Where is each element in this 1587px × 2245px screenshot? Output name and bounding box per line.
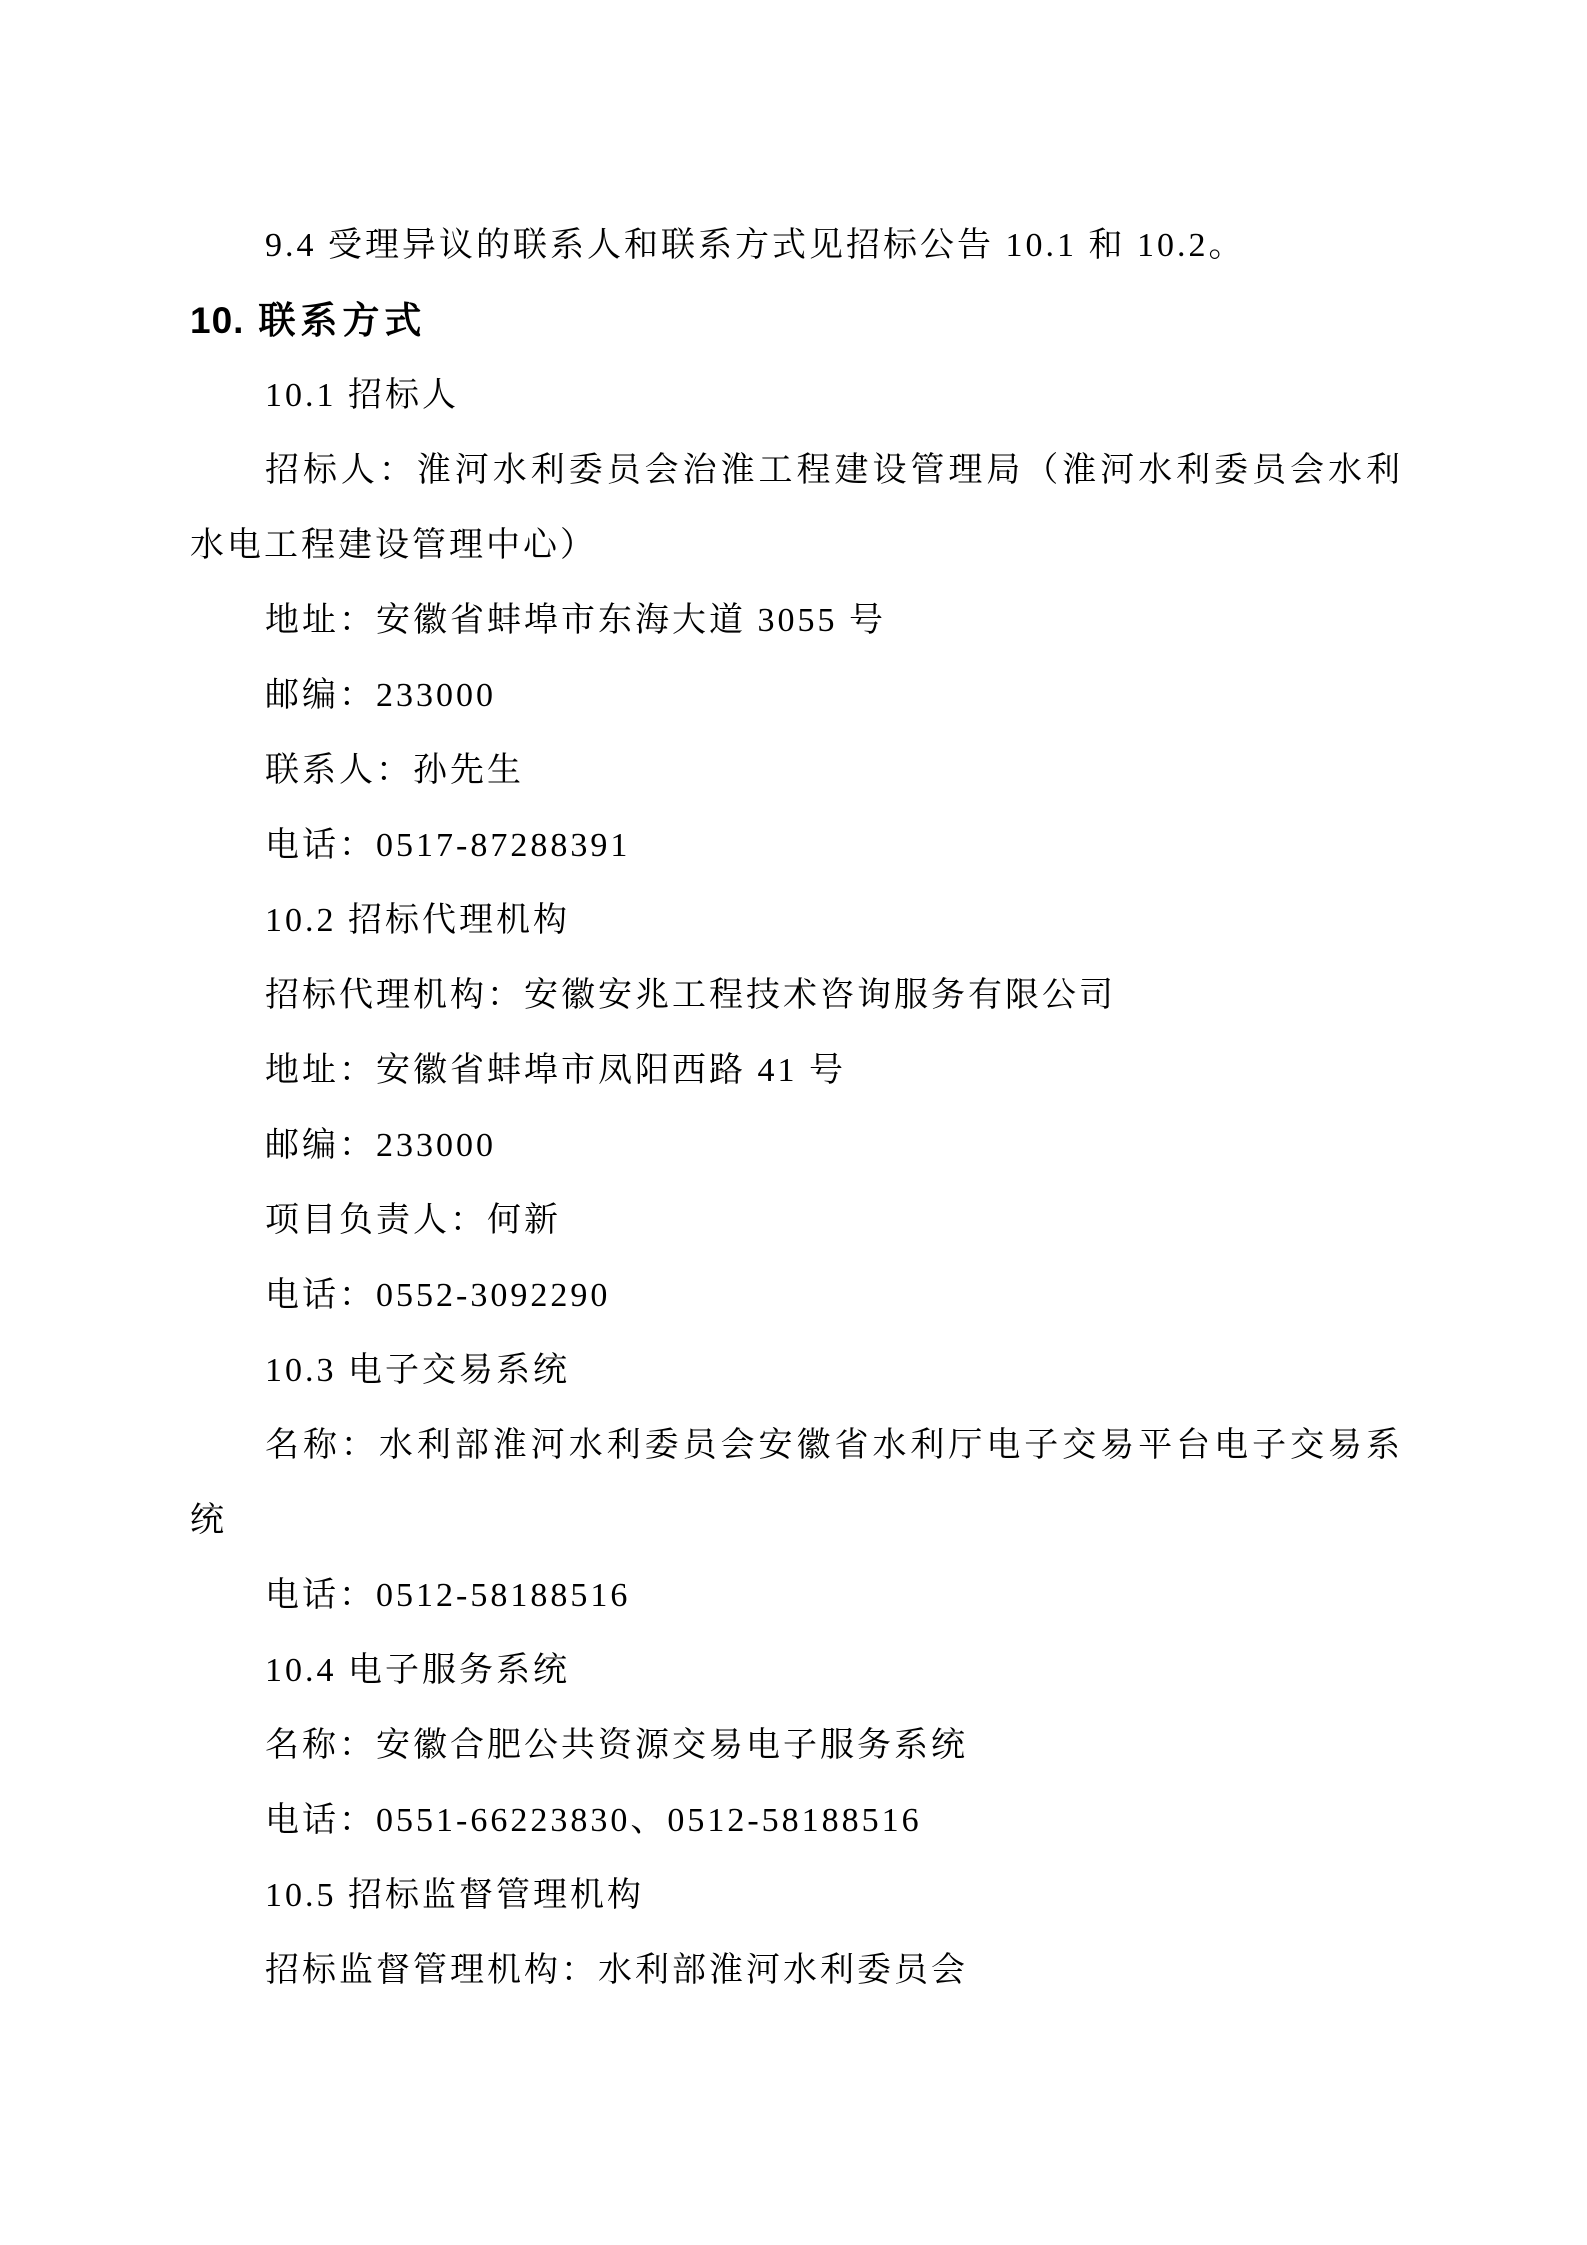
section-10-heading: 10.联系方式	[190, 283, 1403, 358]
line-10-4-service-system: 10.4 电子服务系统	[265, 1633, 1403, 1708]
line-trading-system-name-cont: 统	[190, 1483, 1403, 1558]
line-bidder-address: 地址：安徽省蚌埠市东海大道 3055 号	[265, 583, 1403, 658]
line-agency-postcode: 邮编：233000	[265, 1108, 1403, 1183]
document-page: 9.4 受理异议的联系人和联系方式见招标公告 10.1 和 10.2。 10.联…	[0, 0, 1587, 2245]
line-agency-phone: 电话：0552-3092290	[265, 1258, 1403, 1333]
line-supervision-org: 招标监督管理机构：水利部淮河水利委员会	[265, 1933, 1403, 2008]
line-agency-name: 招标代理机构：安徽安兆工程技术咨询服务有限公司	[265, 958, 1403, 1033]
line-10-1-bidder: 10.1 招标人	[265, 358, 1403, 433]
line-trading-system-name: 名称：水利部淮河水利委员会安徽省水利厅电子交易平台电子交易系	[265, 1408, 1403, 1483]
line-bidder-contact-person: 联系人：孙先生	[265, 733, 1403, 808]
line-10-2-agency: 10.2 招标代理机构	[265, 883, 1403, 958]
line-bidder-name: 招标人：淮河水利委员会治淮工程建设管理局（淮河水利委员会水利	[265, 433, 1403, 508]
line-objection-contact: 9.4 受理异议的联系人和联系方式见招标公告 10.1 和 10.2。	[265, 208, 1403, 283]
heading-title: 联系方式	[258, 300, 426, 341]
line-10-5-supervision: 10.5 招标监督管理机构	[265, 1858, 1403, 1933]
line-service-system-name: 名称：安徽合肥公共资源交易电子服务系统	[265, 1708, 1403, 1783]
line-bidder-phone: 电话：0517-87288391	[265, 808, 1403, 883]
line-agency-address: 地址：安徽省蚌埠市凤阳西路 41 号	[265, 1033, 1403, 1108]
line-bidder-name-cont: 水电工程建设管理中心）	[190, 508, 1403, 583]
heading-number: 10.	[190, 283, 244, 358]
line-trading-system-phone: 电话：0512-58188516	[265, 1558, 1403, 1633]
line-bidder-postcode: 邮编：233000	[265, 658, 1403, 733]
line-service-system-phone: 电话：0551-66223830、0512-58188516	[265, 1783, 1403, 1858]
line-agency-project-manager: 项目负责人：何新	[265, 1183, 1403, 1258]
line-10-3-trading-system: 10.3 电子交易系统	[265, 1333, 1403, 1408]
